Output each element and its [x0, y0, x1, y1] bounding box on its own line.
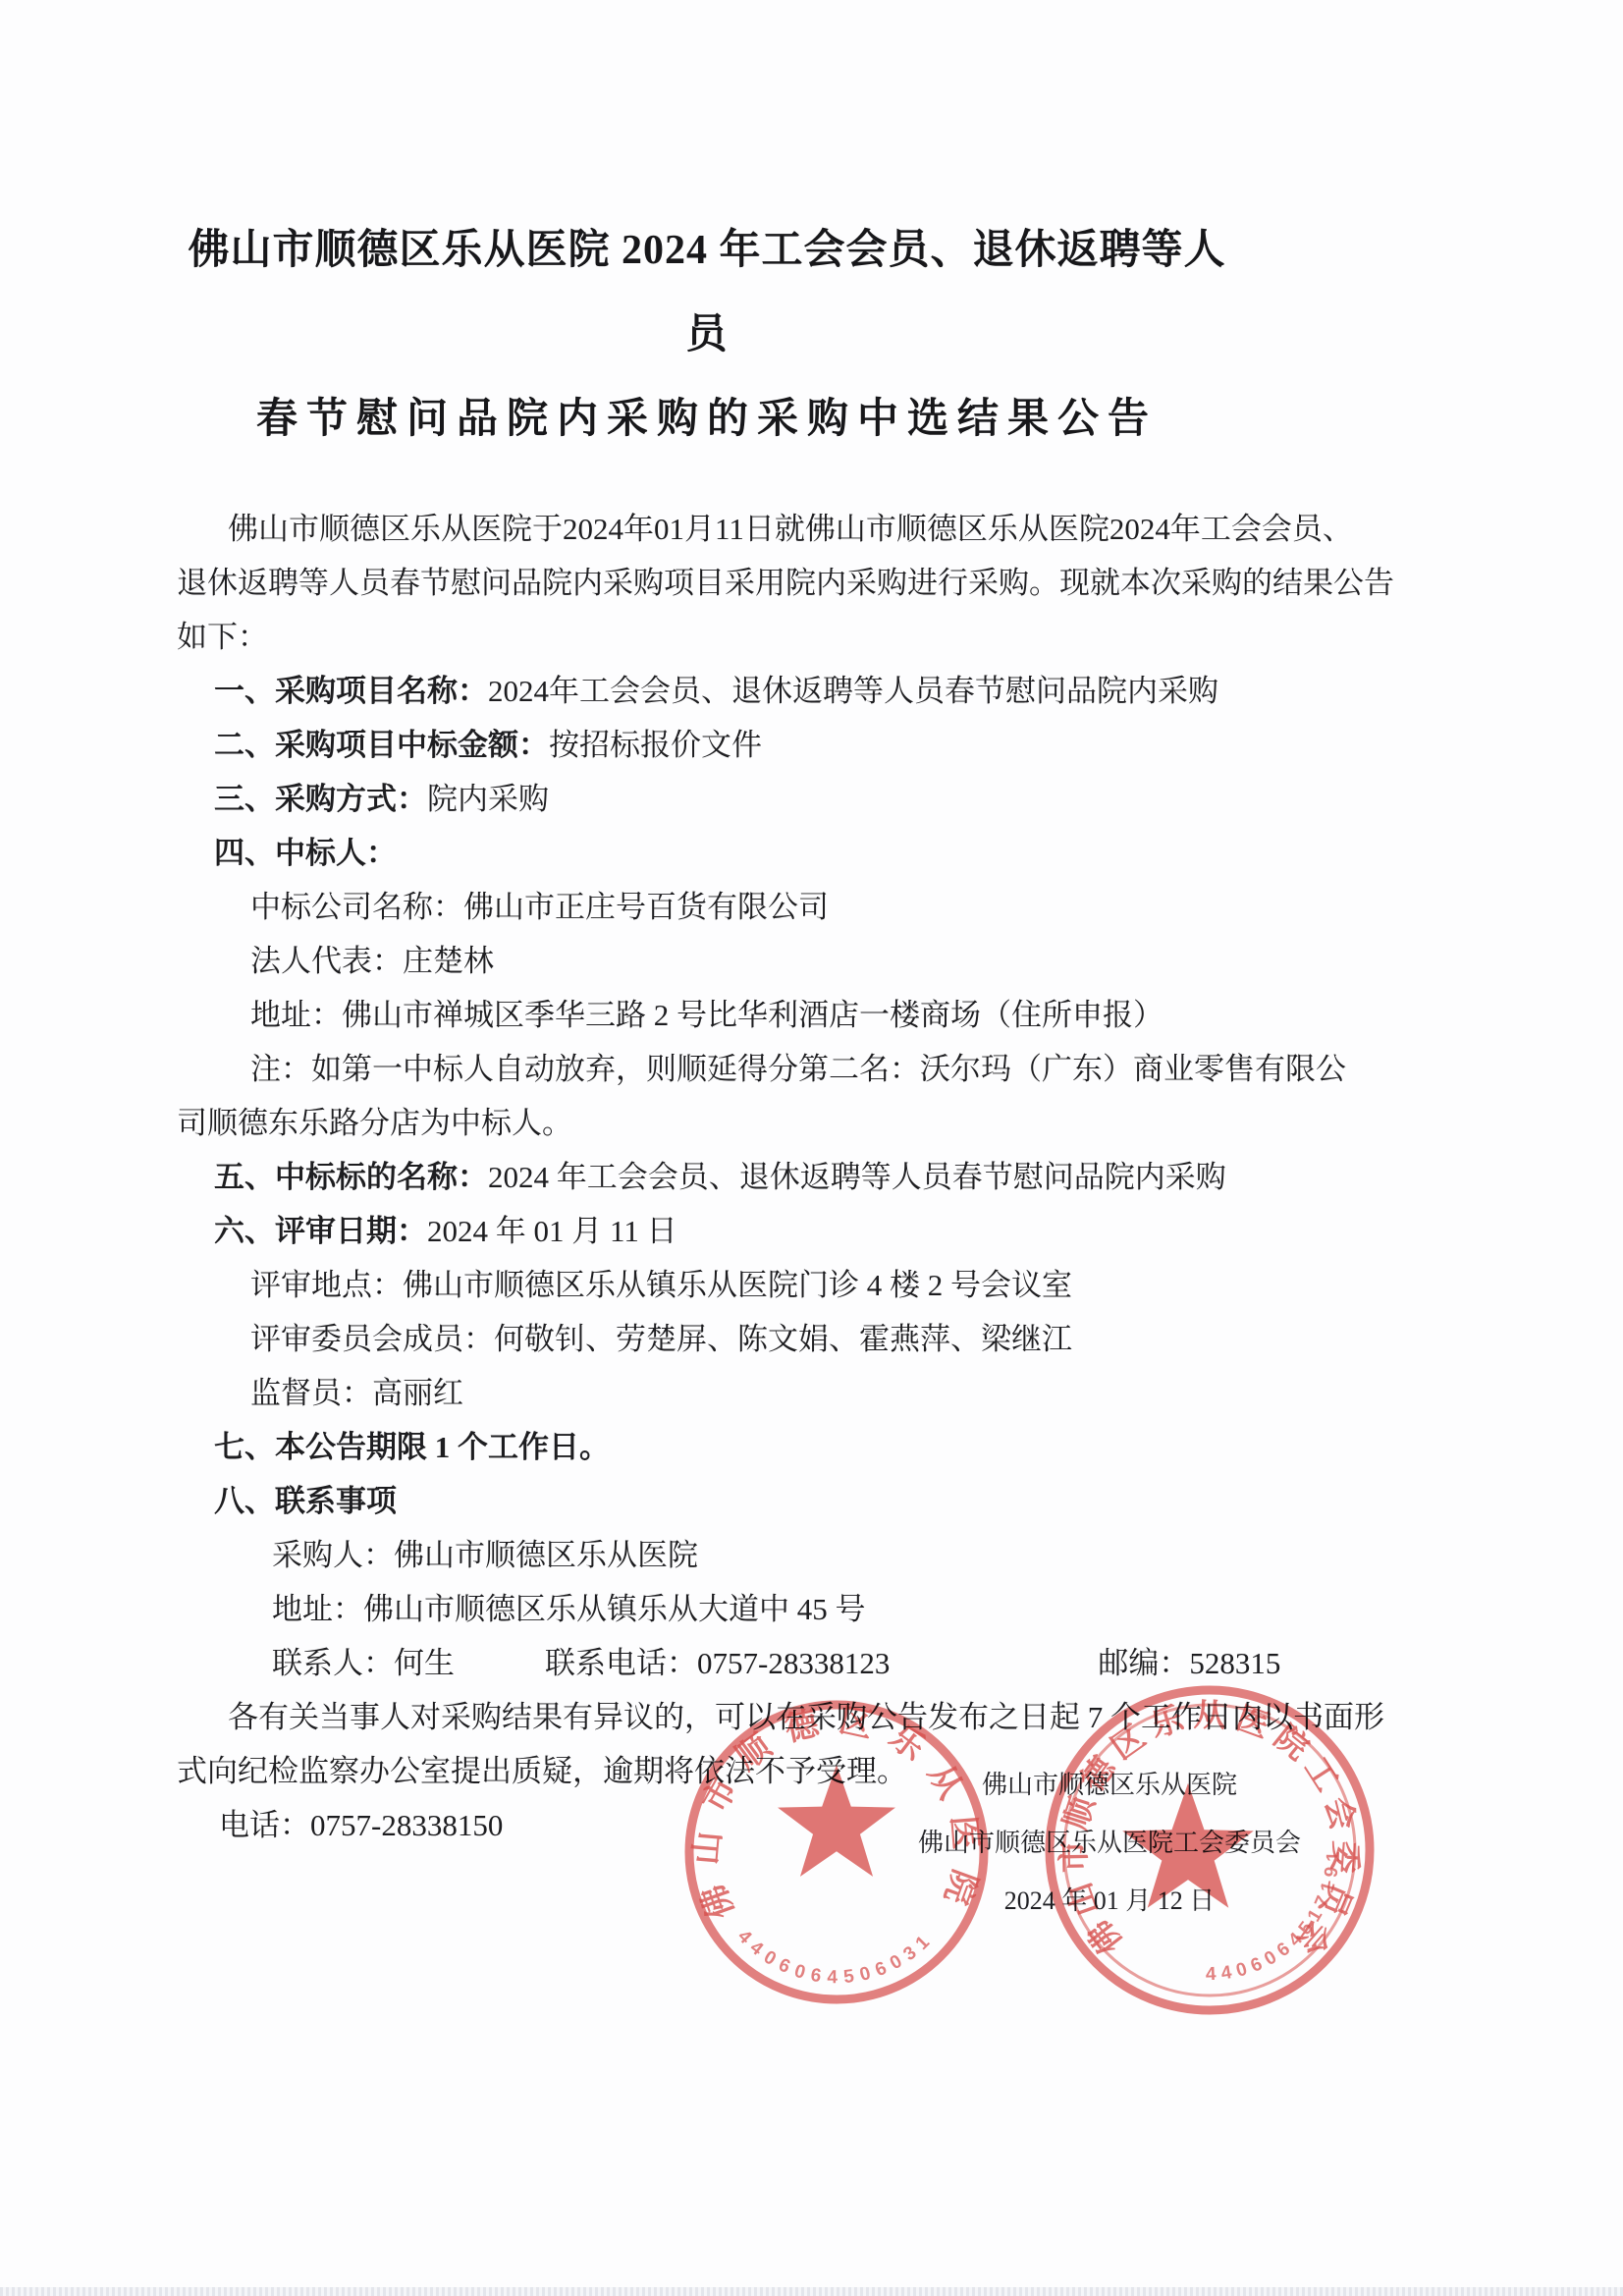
item-6-committee: 评审委员会成员：何敬钊、劳楚屏、陈文娟、霍燕萍、梁继江: [177, 1312, 1270, 1366]
item-8-address: 地址：佛山市顺德区乐从镇乐从大道中 45 号: [177, 1582, 1270, 1636]
item-1-value: 2024年工会会员、退休返聘等人员春节慰问品院内采购: [488, 674, 1218, 708]
item-6-venue: 评审地点：佛山市顺德区乐从镇乐从医院门诊 4 楼 2 号会议室: [177, 1258, 1270, 1312]
title-line-1: 佛山市顺德区乐从医院 2024 年工会会员、退休返聘等人员: [177, 208, 1237, 377]
item-6-supervisor: 监督员：高丽红: [177, 1366, 1270, 1420]
item-4-label: 四、中标人：: [214, 836, 397, 870]
scan-artifact-band: [0, 2287, 1623, 2296]
item-8-purchaser: 采购人：佛山市顺德区乐从医院: [177, 1528, 1270, 1582]
document-page: 佛山市顺德区乐从医院 2024 年工会会员、退休返聘等人员 春节慰问品院内采购的…: [0, 0, 1623, 2296]
title-line-2: 春节慰问品院内采购的采购中选结果公告: [177, 377, 1237, 462]
hospital-seal-icon: 佛山市顺德区乐从医院 4406064506031: [670, 1685, 1003, 2019]
intro-line-1: 佛山市顺德区乐从医院于2024年01月11日就佛山市顺德区乐从医院2024年工会…: [177, 502, 1270, 556]
item-3-label: 三、采购方式：: [214, 782, 427, 816]
intro-line-3: 如下：: [177, 610, 1270, 664]
item-6-value: 2024 年 01 月 11 日: [427, 1214, 677, 1248]
document-content: 佛山市顺德区乐从医院 2024 年工会会员、退休返聘等人员 春节慰问品院内采购的…: [177, 0, 1270, 1852]
document-body: 佛山市顺德区乐从医院于2024年01月11日就佛山市顺德区乐从医院2024年工会…: [177, 502, 1270, 1852]
item-4-note-line-1: 注：如第一中标人自动放弃，则顺延得分第二名：沃尔玛（广东）商业零售有限公: [177, 1042, 1270, 1096]
item-4-note-line-2: 司顺德东乐路分店为中标人。: [177, 1096, 1270, 1150]
item-4-legal-rep: 法人代表：庄楚林: [177, 934, 1270, 988]
item-5-value: 2024 年工会会员、退休返聘等人员春节慰问品院内采购: [488, 1160, 1226, 1194]
item-5: 五、中标标的名称：2024 年工会会员、退休返聘等人员春节慰问品院内采购: [177, 1150, 1270, 1204]
intro-line-2: 退休返聘等人员春节慰问品院内采购项目采用院内采购进行采购。现就本次采购的结果公告: [177, 556, 1270, 610]
item-4-company: 中标公司名称：佛山市正庄号百货有限公司: [177, 880, 1270, 934]
item-1-label: 一、采购项目名称：: [214, 674, 488, 708]
item-2: 二、采购项目中标金额：按招标报价文件: [177, 718, 1270, 772]
union-committee-seal-stamp: 佛山市顺德区乐从医院工会委员会 4406064517191: [1028, 1668, 1391, 2037]
item-8: 八、联系事项: [177, 1474, 1270, 1528]
item-4-address: 地址：佛山市禅城区季华三路 2 号比华利酒店一楼商场（住所申报）: [177, 988, 1270, 1042]
union-committee-seal-icon: 佛山市顺德区乐从医院工会委员会 4406064517191: [1028, 1668, 1391, 2032]
star-icon: [778, 1765, 895, 1877]
item-2-label: 二、采购项目中标金额：: [214, 728, 549, 762]
item-2-value: 按招标报价文件: [549, 728, 762, 762]
item-8-label: 八、联系事项: [214, 1484, 397, 1518]
item-7-label: 七、本公告期限 1 个工作日。: [214, 1430, 610, 1464]
hospital-seal-stamp: 佛山市顺德区乐从医院 4406064506031: [670, 1685, 1003, 2024]
item-3: 三、采购方式：院内采购: [177, 772, 1270, 826]
item-6: 六、评审日期：2024 年 01 月 11 日: [177, 1204, 1270, 1258]
item-7: 七、本公告期限 1 个工作日。: [177, 1420, 1270, 1474]
item-1: 一、采购项目名称：2024年工会会员、退休返聘等人员春节慰问品院内采购: [177, 664, 1270, 718]
contact-phone: 联系电话：0757-28338123: [545, 1646, 890, 1680]
contact-person: 联系人：何生: [272, 1646, 455, 1680]
item-6-label: 六、评审日期：: [214, 1214, 427, 1248]
item-4: 四、中标人：: [177, 826, 1270, 880]
item-5-label: 五、中标标的名称：: [214, 1160, 488, 1194]
item-3-value: 院内采购: [427, 782, 549, 816]
star-icon: [1122, 1783, 1254, 1908]
document-title: 佛山市顺德区乐从医院 2024 年工会会员、退休返聘等人员 春节慰问品院内采购的…: [177, 0, 1237, 462]
